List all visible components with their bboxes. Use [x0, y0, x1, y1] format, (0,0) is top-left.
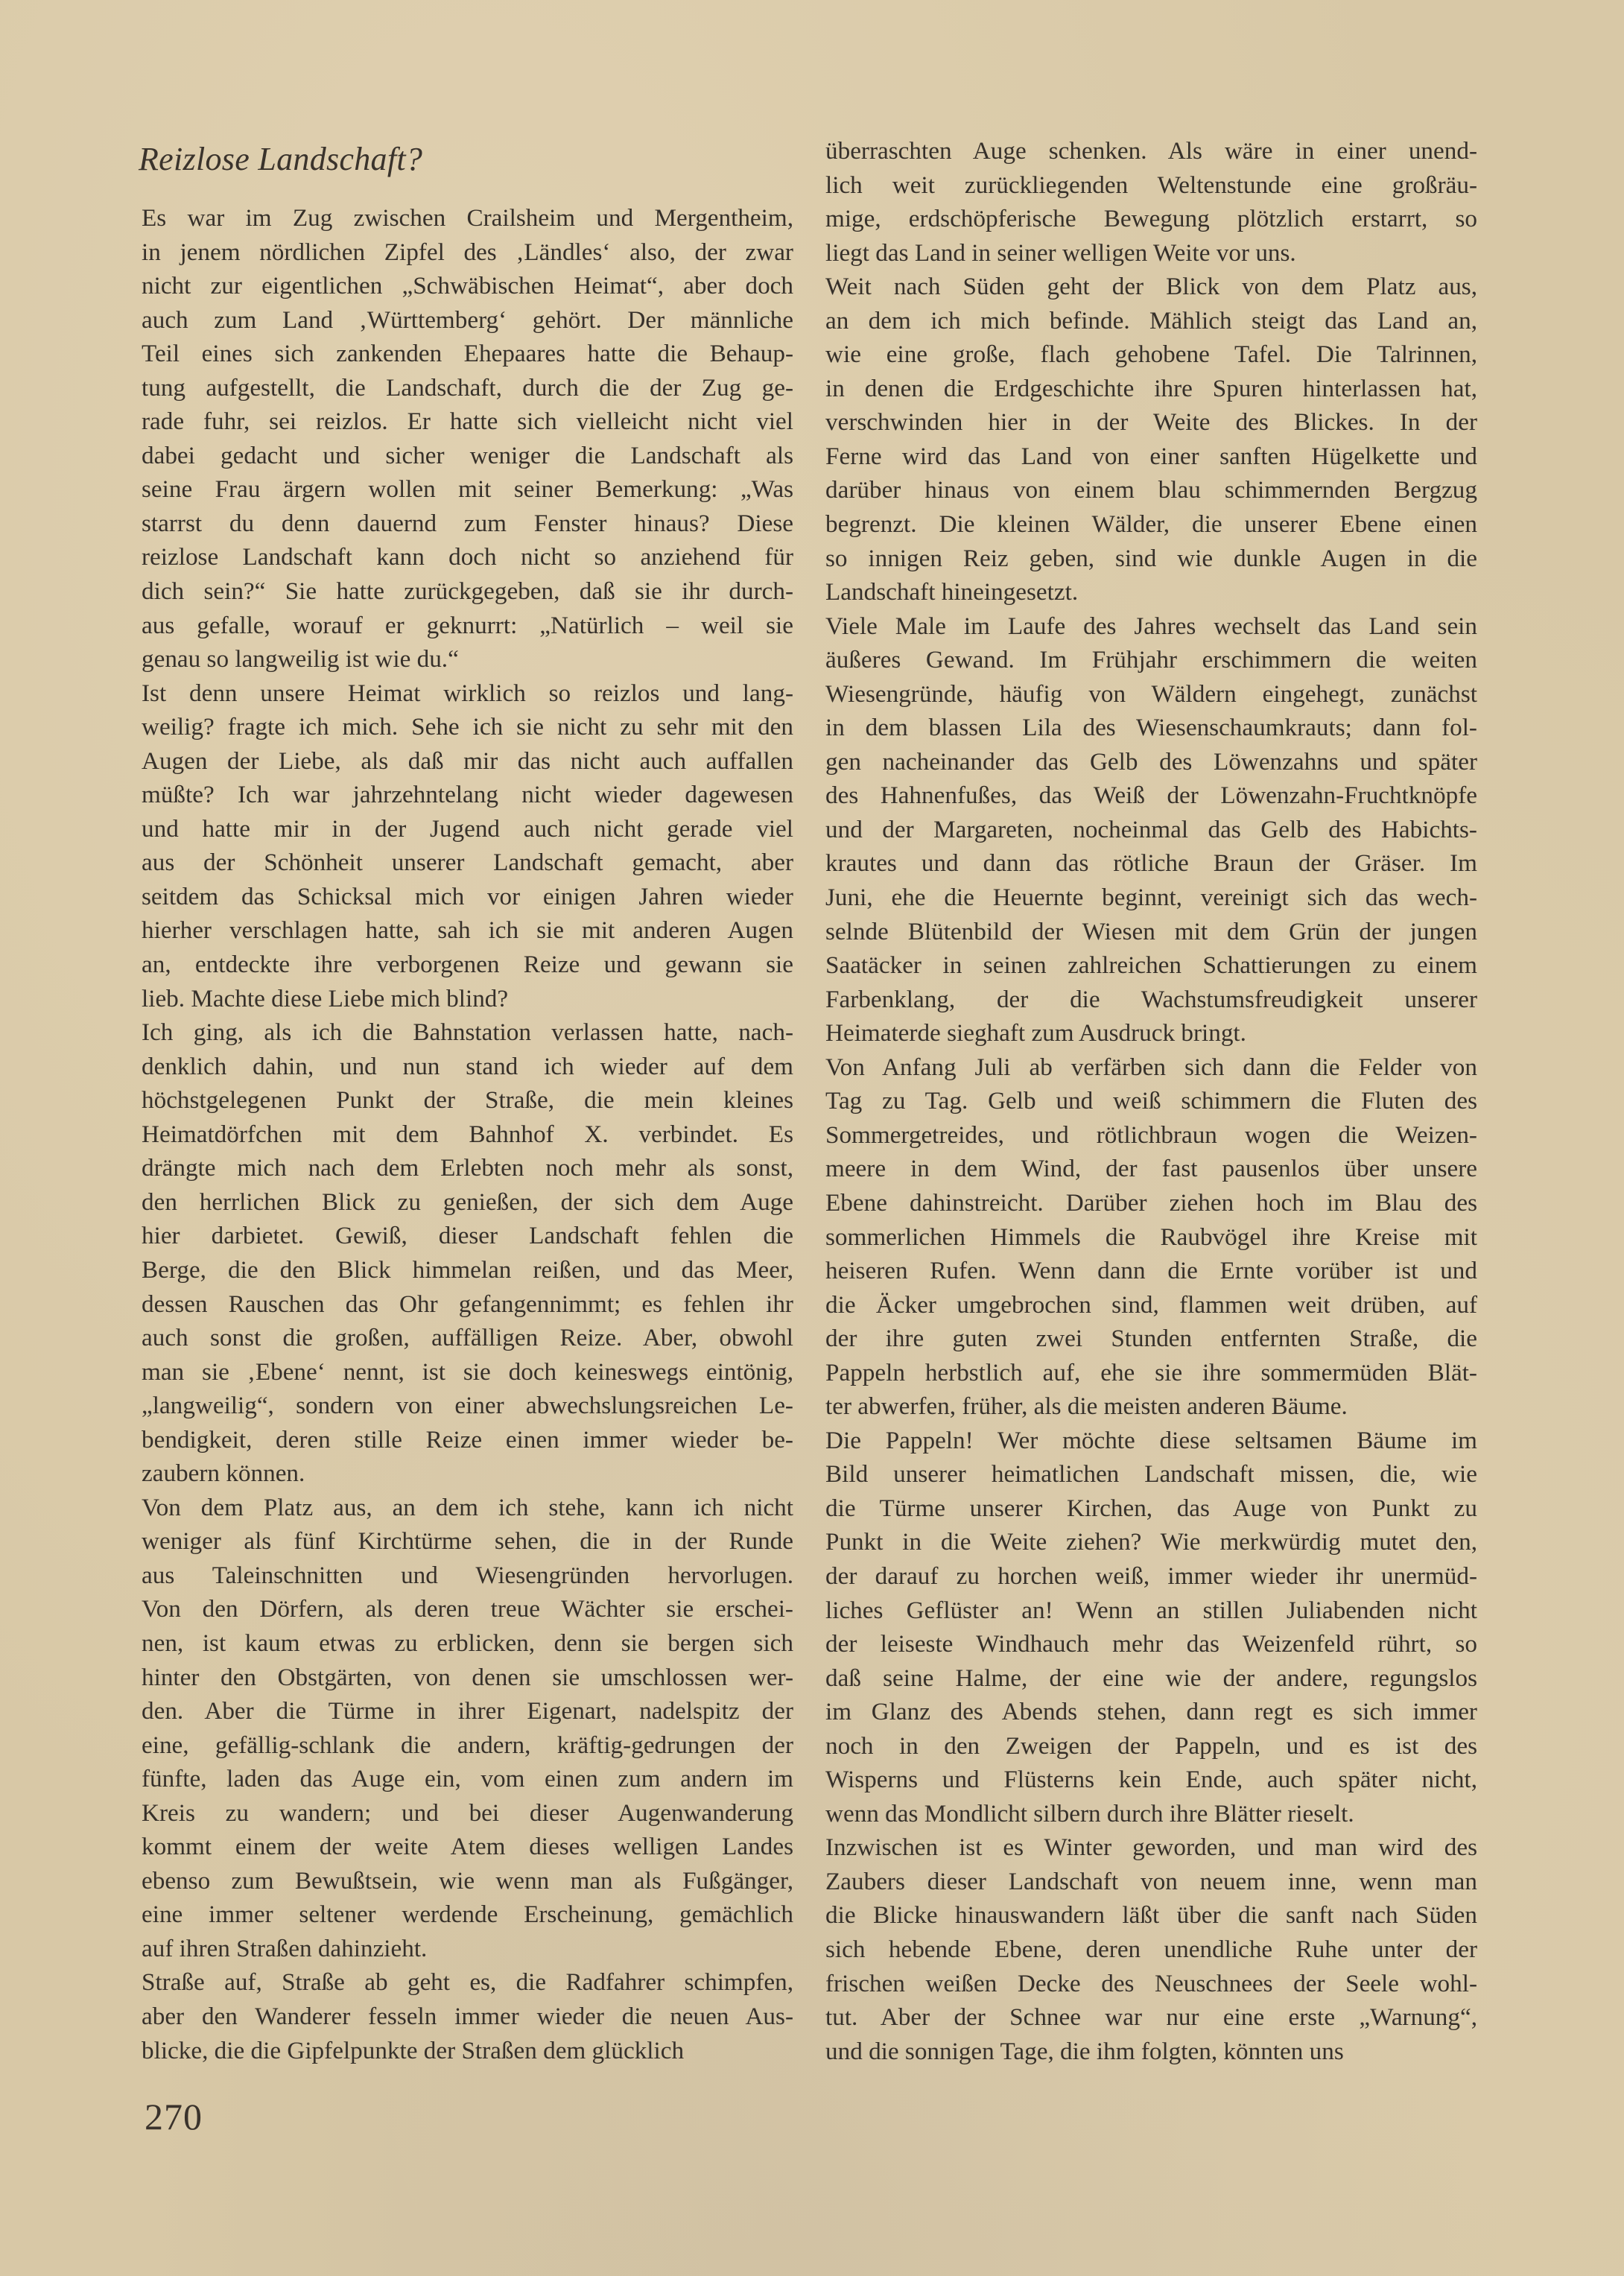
text-line: heiseren Rufen. Wenn dann die Ernte vorü… [825, 1254, 1477, 1288]
text-line: der leiseste Windhauch mehr das Weizenfe… [825, 1627, 1477, 1661]
text-line: der ihre guten zwei Stunden entfernten S… [825, 1322, 1477, 1356]
text-line: Kreis zu wandern; und bei dieser Augenwa… [142, 1796, 793, 1830]
paragraph: Es war im Zug zwischen Crailsheim und Me… [142, 201, 793, 676]
text-line: noch in den Zweigen der Pappeln, und es … [825, 1729, 1477, 1763]
text-line: die Blicke hinauswandern läßt über die s… [825, 1898, 1477, 1933]
text-line: liegt das Land in seiner welligen Weite … [825, 236, 1477, 270]
text-line: daß seine Halme, der eine wie der andere… [825, 1661, 1477, 1696]
text-line: die Türme unserer Kirchen, das Auge von … [825, 1492, 1477, 1526]
text-line: zaubern können. [142, 1456, 793, 1491]
article-title: Reizlose Landschaft? [139, 140, 422, 178]
text-line: Wisperns und Flüsterns kein Ende, auch s… [825, 1763, 1477, 1797]
text-line: mige, erdschöpferische Bewegung plötzlic… [825, 202, 1477, 236]
text-line: Augen der Liebe, als daß mir das nicht a… [142, 744, 793, 779]
text-line: Teil eines sich zankenden Ehepaares hatt… [142, 337, 793, 371]
text-line: Heimatdörfchen mit dem Bahnhof X. verbin… [142, 1118, 793, 1152]
text-line: und der Margareten, nocheinmal das Gelb … [825, 813, 1477, 847]
text-line: selnde Blütenbild der Wiesen mit dem Grü… [825, 915, 1477, 949]
text-line: reizlose Landschaft kann doch nicht so a… [142, 540, 793, 574]
text-line: eine immer seltener werdende Erscheinung… [142, 1898, 793, 1932]
text-line: Heimaterde sieghaft zum Ausdruck bringt. [825, 1016, 1477, 1050]
text-line: Saatäcker in seinen zahlreichen Schattie… [825, 948, 1477, 983]
text-line: in jenem nördlichen Zipfel des ‚Ländles‘… [142, 235, 793, 270]
text-line: an dem ich mich befinde. Mählich steigt … [825, 304, 1477, 338]
text-line: wie eine große, flach gehobene Tafel. Di… [825, 337, 1477, 372]
text-line: Pappeln herbstlich auf, ehe sie ihre som… [825, 1356, 1477, 1390]
text-line: fünfte, laden das Auge ein, vom einen zu… [142, 1762, 793, 1796]
text-line: genau so langweilig ist wie du.“ [142, 642, 793, 676]
text-line: Ist denn unsere Heimat wirklich so reizl… [142, 676, 793, 711]
paragraph: überraschten Auge schenken. Als wäre in … [825, 134, 1477, 270]
text-line: Die Pappeln! Wer möchte diese seltsamen … [825, 1424, 1477, 1458]
paragraph: Ich ging, als ich die Bahnstation verlas… [142, 1015, 793, 1491]
text-line: den herrlichen Blick zu genießen, der si… [142, 1185, 793, 1220]
text-line: wenn das Mondlicht silbern durch ihre Bl… [825, 1797, 1477, 1831]
text-line: nicht zur eigentlichen „Schwäbischen Hei… [142, 269, 793, 303]
text-line: auf ihren Straßen dahinzieht. [142, 1932, 793, 1966]
text-line: seitdem das Schicksal mich vor einigen J… [142, 880, 793, 914]
text-line: im Glanz des Abends stehen, dann regt es… [825, 1695, 1477, 1729]
text-line: dessen Rauschen das Ohr gefangennimmt; e… [142, 1287, 793, 1322]
text-line: Landschaft hineingesetzt. [825, 575, 1477, 609]
text-line: Ebene dahinstreicht. Darüber ziehen hoch… [825, 1186, 1477, 1220]
text-line: aus gefalle, worauf er geknurrt: „Natürl… [142, 609, 793, 643]
text-line: Von dem Platz aus, an dem ich stehe, kan… [142, 1491, 793, 1525]
text-line: Straße auf, Straße ab geht es, die Radfa… [142, 1965, 793, 2000]
text-line: äußeres Gewand. Im Frühjahr erschimmern … [825, 643, 1477, 677]
text-line: „langweilig“, sondern von einer abwechsl… [142, 1389, 793, 1423]
text-line: tung aufgestellt, die Landschaft, durch … [142, 371, 793, 405]
paragraph: Inzwischen ist es Winter geworden, und m… [825, 1830, 1477, 2068]
text-line: denklich dahin, und nun stand ich wieder… [142, 1050, 793, 1084]
text-line: Von den Dörfern, als deren treue Wächter… [142, 1592, 793, 1626]
text-line: höchstgelegenen Punkt der Straße, die me… [142, 1083, 793, 1118]
text-line: aber den Wanderer fesseln immer wieder d… [142, 2000, 793, 2034]
text-line: gen nacheinander das Gelb des Löwenzahns… [825, 745, 1477, 779]
text-line: sommerlichen Himmels die Raubvögel ihre … [825, 1220, 1477, 1255]
text-line: sich hebende Ebene, deren unendliche Ruh… [825, 1933, 1477, 1967]
text-line: weilig? fragte ich mich. Sehe ich sie ni… [142, 710, 793, 744]
text-line: eine, gefällig-schlank die andern, kräft… [142, 1728, 793, 1763]
text-line: lieb. Machte diese Liebe mich blind? [142, 982, 793, 1016]
paragraph: Die Pappeln! Wer möchte diese seltsamen … [825, 1424, 1477, 1831]
text-line: Viele Male im Laufe des Jahres wechselt … [825, 609, 1477, 644]
text-line: aus der Schönheit unserer Landschaft gem… [142, 846, 793, 880]
text-line: Inzwischen ist es Winter geworden, und m… [825, 1830, 1477, 1865]
text-line: Juni, ehe die Heuernte beginnt, vereinig… [825, 881, 1477, 915]
paragraph: Ist denn unsere Heimat wirklich so reizl… [142, 676, 793, 1015]
text-line: seine Frau ärgern wollen mit seiner Beme… [142, 472, 793, 507]
page-number: 270 [145, 2095, 203, 2138]
text-line: weniger als fünf Kirchtürme sehen, die i… [142, 1524, 793, 1559]
text-line: Berge, die den Blick himmelan reißen, un… [142, 1253, 793, 1287]
paragraph: Von Anfang Juli ab verfärben sich dann d… [825, 1050, 1477, 1424]
text-line: dabei gedacht und sicher weniger die Lan… [142, 439, 793, 473]
text-line: meere in dem Wind, der fast pausenlos üb… [825, 1152, 1477, 1186]
text-line: man sie ‚Ebene‘ nennt, ist sie doch kein… [142, 1355, 793, 1389]
text-line: des Hahnenfußes, das Weiß der Löwenzahn-… [825, 779, 1477, 813]
text-line: darüber hinaus von einem blau schimmernd… [825, 473, 1477, 507]
text-line: blicke, die die Gipfelpunkte der Straßen… [142, 2034, 793, 2068]
text-line: ebenso zum Bewußtsein, wie wenn man als … [142, 1864, 793, 1898]
text-line: und hatte mir in der Jugend auch nicht g… [142, 812, 793, 846]
paragraph: Weit nach Süden geht der Blick von dem P… [825, 270, 1477, 609]
text-line: verschwinden hier in der Weite des Blick… [825, 405, 1477, 440]
text-line: drängte mich nach dem Erlebten noch mehr… [142, 1151, 793, 1185]
text-line: und die sonnigen Tage, die ihm folgten, … [825, 2035, 1477, 2069]
paragraph: Von dem Platz aus, an dem ich stehe, kan… [142, 1491, 793, 1966]
text-line: hier darbietet. Gewiß, dieser Landschaft… [142, 1219, 793, 1253]
text-line: begrenzt. Die kleinen Wälder, die unsere… [825, 507, 1477, 542]
text-line: an, entdeckte ihre verborgenen Reize und… [142, 948, 793, 982]
text-line: nen, ist kaum etwas zu erblicken, denn s… [142, 1626, 793, 1661]
magazine-page: Reizlose Landschaft? Es war im Zug zwisc… [0, 0, 1624, 2276]
text-line: in denen die Erdgeschichte ihre Spuren h… [825, 372, 1477, 406]
text-line: kommt einem der weite Atem dieses wellig… [142, 1830, 793, 1864]
text-line: auch sonst die großen, auffälligen Reize… [142, 1321, 793, 1355]
text-line: lich weit zurückliegenden Weltenstunde e… [825, 168, 1477, 203]
text-line: den. Aber die Türme in ihrer Eigenart, n… [142, 1694, 793, 1728]
text-line: tut. Aber der Schnee war nur eine erste … [825, 2000, 1477, 2035]
text-line: rade fuhr, sei reizlos. Er hatte sich vi… [142, 405, 793, 439]
text-line: frischen weißen Decke des Neuschnees der… [825, 1967, 1477, 2001]
text-line: Ich ging, als ich die Bahnstation verlas… [142, 1015, 793, 1050]
text-line: liches Geflüster an! Wenn an stillen Jul… [825, 1594, 1477, 1628]
left-column: Es war im Zug zwischen Crailsheim und Me… [142, 201, 793, 2067]
paragraph: Viele Male im Laufe des Jahres wechselt … [825, 609, 1477, 1050]
text-line: aus Taleinschnitten und Wiesengründen he… [142, 1559, 793, 1593]
text-line: Tag zu Tag. Gelb und weiß schimmern die … [825, 1084, 1477, 1118]
text-line: Ferne wird das Land von einer sanften Hü… [825, 440, 1477, 474]
text-line: Von Anfang Juli ab verfärben sich dann d… [825, 1050, 1477, 1085]
text-line: Sommergetreides, und rötlichbraun wogen … [825, 1118, 1477, 1153]
text-line: müßte? Ich war jahrzehntelang nicht wied… [142, 778, 793, 812]
text-line: auch zum Land ‚Württemberg‘ gehört. Der … [142, 303, 793, 337]
text-line: Bild unserer heimatlichen Landschaft mis… [825, 1457, 1477, 1492]
text-line: dich sein?“ Sie hatte zurückgegeben, daß… [142, 574, 793, 609]
text-line: ter abwerfen, früher, als die meisten an… [825, 1389, 1477, 1424]
text-line: Es war im Zug zwischen Crailsheim und Me… [142, 201, 793, 235]
text-line: bendigkeit, deren stille Reize einen imm… [142, 1423, 793, 1457]
text-line: starrst du denn dauernd zum Fenster hina… [142, 507, 793, 541]
right-column: überraschten Auge schenken. Als wäre in … [825, 134, 1477, 2068]
text-line: die Äcker umgebrochen sind, flammen weit… [825, 1288, 1477, 1322]
paragraph: Straße auf, Straße ab geht es, die Radfa… [142, 1965, 793, 2067]
text-line: Wiesengründe, häufig von Wäldern eingehe… [825, 677, 1477, 711]
text-line: krautes und dann das rötliche Braun der … [825, 846, 1477, 881]
text-line: so innigen Reiz geben, sind wie dunkle A… [825, 542, 1477, 576]
text-line: in dem blassen Lila des Wiesenschaumkrau… [825, 711, 1477, 745]
text-line: Zaubers dieser Landschaft von neuem inne… [825, 1865, 1477, 1899]
text-line: Farbenklang, der die Wachstumsfreudigkei… [825, 983, 1477, 1017]
text-line: hinter den Obstgärten, von denen sie ums… [142, 1661, 793, 1695]
text-line: Punkt in die Weite ziehen? Wie merkwürdi… [825, 1525, 1477, 1559]
text-line: hierher verschlagen hatte, sah ich sie m… [142, 913, 793, 948]
text-line: Weit nach Süden geht der Blick von dem P… [825, 270, 1477, 304]
text-line: überraschten Auge schenken. Als wäre in … [825, 134, 1477, 168]
text-line: der darauf zu horchen weiß, immer wieder… [825, 1559, 1477, 1594]
